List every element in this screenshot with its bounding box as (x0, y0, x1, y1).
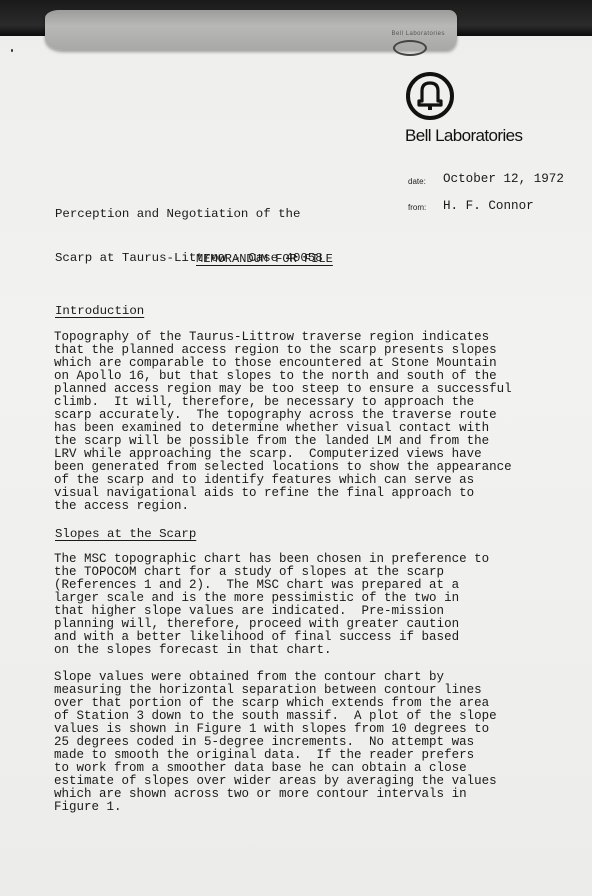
organization-name: Bell Laboratories (405, 126, 522, 146)
paper-speck (11, 49, 13, 52)
text-line: the access region. (54, 500, 512, 513)
slopes-paragraph-1: The MSC topographic chart has been chose… (54, 553, 489, 657)
binder-label: Bell Laboratories (391, 31, 445, 37)
memo-subject: Perception and Negotiation of the Scarp … (55, 178, 323, 294)
memo-page: Bell Laboratories Bell Laboratories Perc… (0, 0, 592, 896)
date-label: date: (408, 177, 426, 186)
text-line: on the slopes forecast in that chart. (54, 644, 489, 657)
introduction-paragraph: Topography of the Taurus-Littrow travers… (54, 331, 512, 513)
section-heading-slopes: Slopes at the Scarp (55, 527, 196, 541)
binder-clip: Bell Laboratories (45, 10, 457, 50)
date-value: October 12, 1972 (443, 172, 564, 186)
subject-line: Perception and Negotiation of the (55, 207, 323, 222)
text-line: Figure 1. (54, 801, 497, 814)
bell-in-circle-icon (405, 71, 455, 121)
section-heading-introduction: Introduction (55, 304, 144, 318)
slopes-paragraph-2: Slope values were obtained from the cont… (54, 671, 497, 814)
from-label: from: (408, 203, 426, 212)
from-value: H. F. Connor (443, 199, 534, 213)
binder-logo-icon (393, 40, 427, 56)
memo-title: MEMORANDUM FOR FILE (196, 252, 333, 266)
